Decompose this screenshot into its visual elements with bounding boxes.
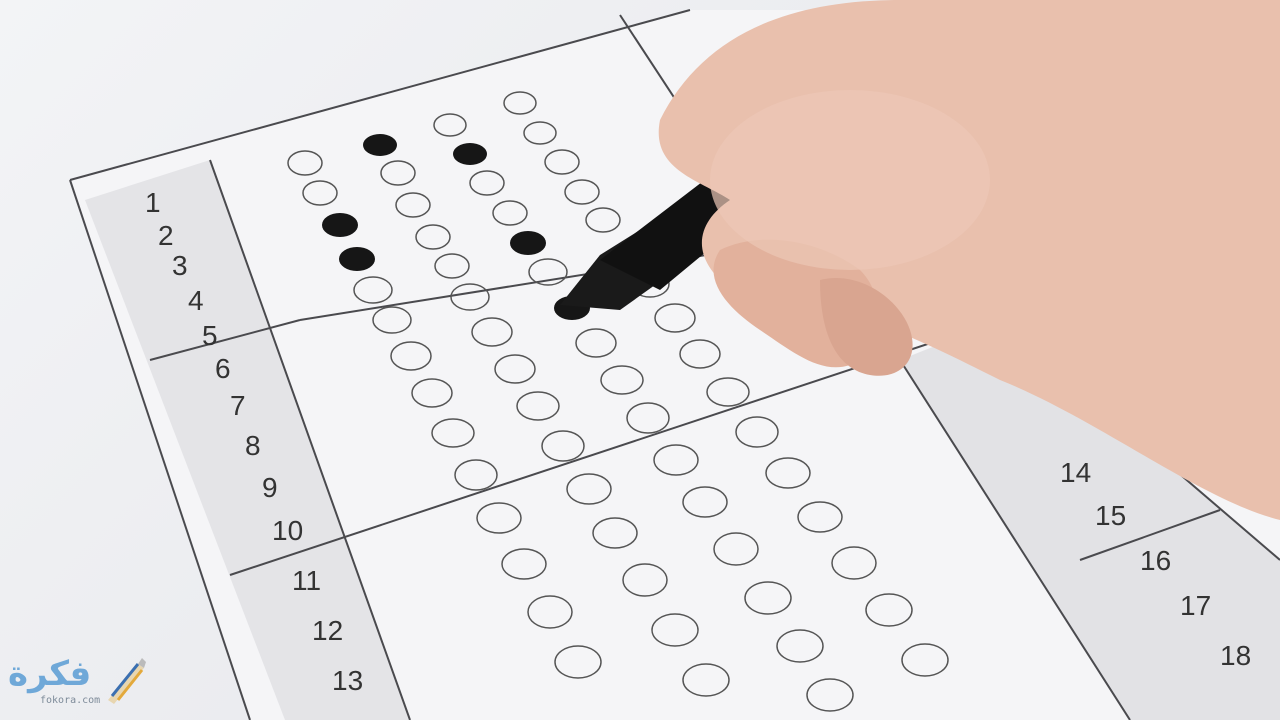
svg-text:13: 13 [332, 665, 363, 696]
watermark-latin-text: fokora.com [40, 695, 100, 706]
svg-text:5: 5 [202, 320, 218, 351]
svg-text:17: 17 [1180, 590, 1211, 621]
watermark-logo: فكرة fokora.com [6, 652, 146, 712]
svg-text:10: 10 [272, 515, 303, 546]
svg-text:7: 7 [230, 390, 246, 421]
svg-text:4: 4 [188, 285, 204, 316]
svg-text:16: 16 [1140, 545, 1171, 576]
pencil-icon [102, 656, 146, 704]
watermark-arabic-text: فكرة [8, 654, 91, 694]
svg-text:14: 14 [1060, 457, 1091, 488]
svg-text:9: 9 [262, 472, 278, 503]
svg-text:8: 8 [245, 430, 261, 461]
svg-text:12: 12 [312, 615, 343, 646]
svg-text:3: 3 [172, 250, 188, 281]
svg-text:11: 11 [292, 565, 321, 596]
svg-text:6: 6 [215, 353, 231, 384]
svg-text:2: 2 [158, 220, 174, 251]
svg-text:18: 18 [1220, 640, 1251, 671]
svg-text:1: 1 [145, 187, 161, 218]
svg-text:15: 15 [1095, 500, 1126, 531]
answer-sheet-photo: 123 456 789 101112 13 1415 161718 [0, 0, 1280, 720]
